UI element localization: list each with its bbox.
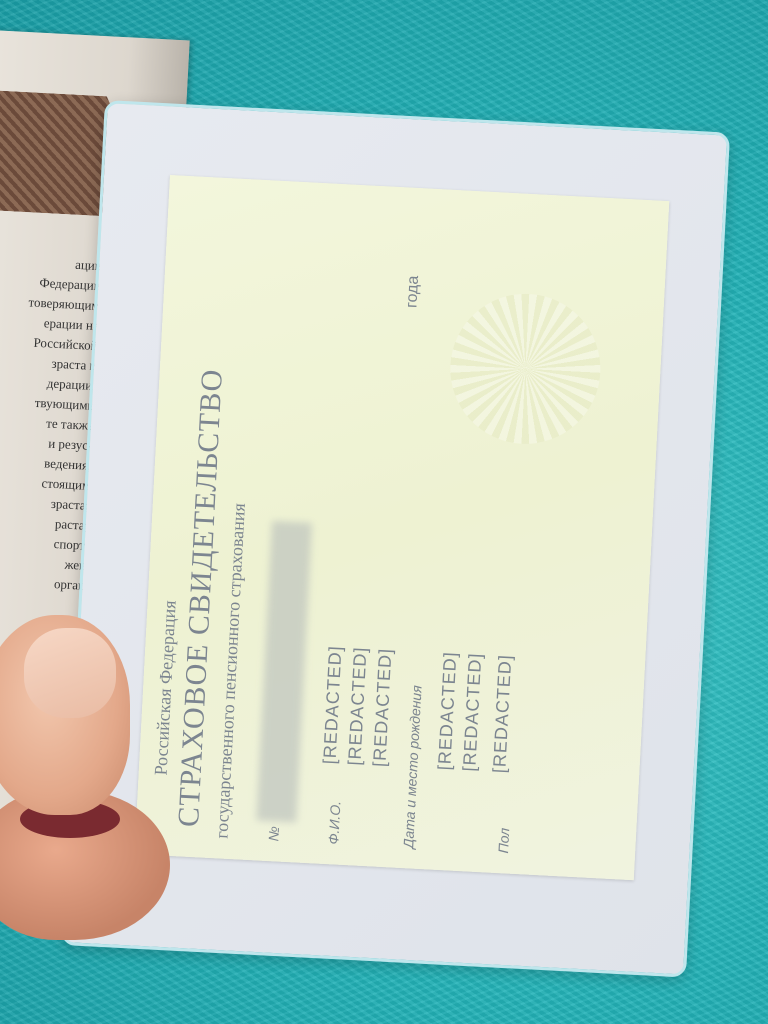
field-label-name: Ф.И.О. [325, 800, 343, 844]
field-value-name-2: [REDACTED] [344, 646, 371, 766]
field-value-birth-1: [REDACTED] [434, 651, 461, 771]
field-value-name-3: [REDACTED] [369, 647, 396, 767]
insurance-certificate: Российская Федерация СТРАХОВОЕ СВИДЕТЕЛЬ… [134, 175, 669, 880]
thumbnail [24, 628, 116, 718]
field-value-name-1: [REDACTED] [319, 645, 346, 765]
number-label: № [265, 826, 282, 842]
field-label-sex: Пол [495, 827, 512, 853]
redacted-number [256, 521, 312, 823]
certificate-year-suffix: года [403, 275, 423, 308]
field-value-birth-2: [REDACTED] [459, 652, 486, 772]
field-label-birth: Дата и место рождения [400, 685, 425, 849]
field-value-sex: [REDACTED] [489, 654, 516, 774]
emblem-watermark [447, 290, 605, 448]
